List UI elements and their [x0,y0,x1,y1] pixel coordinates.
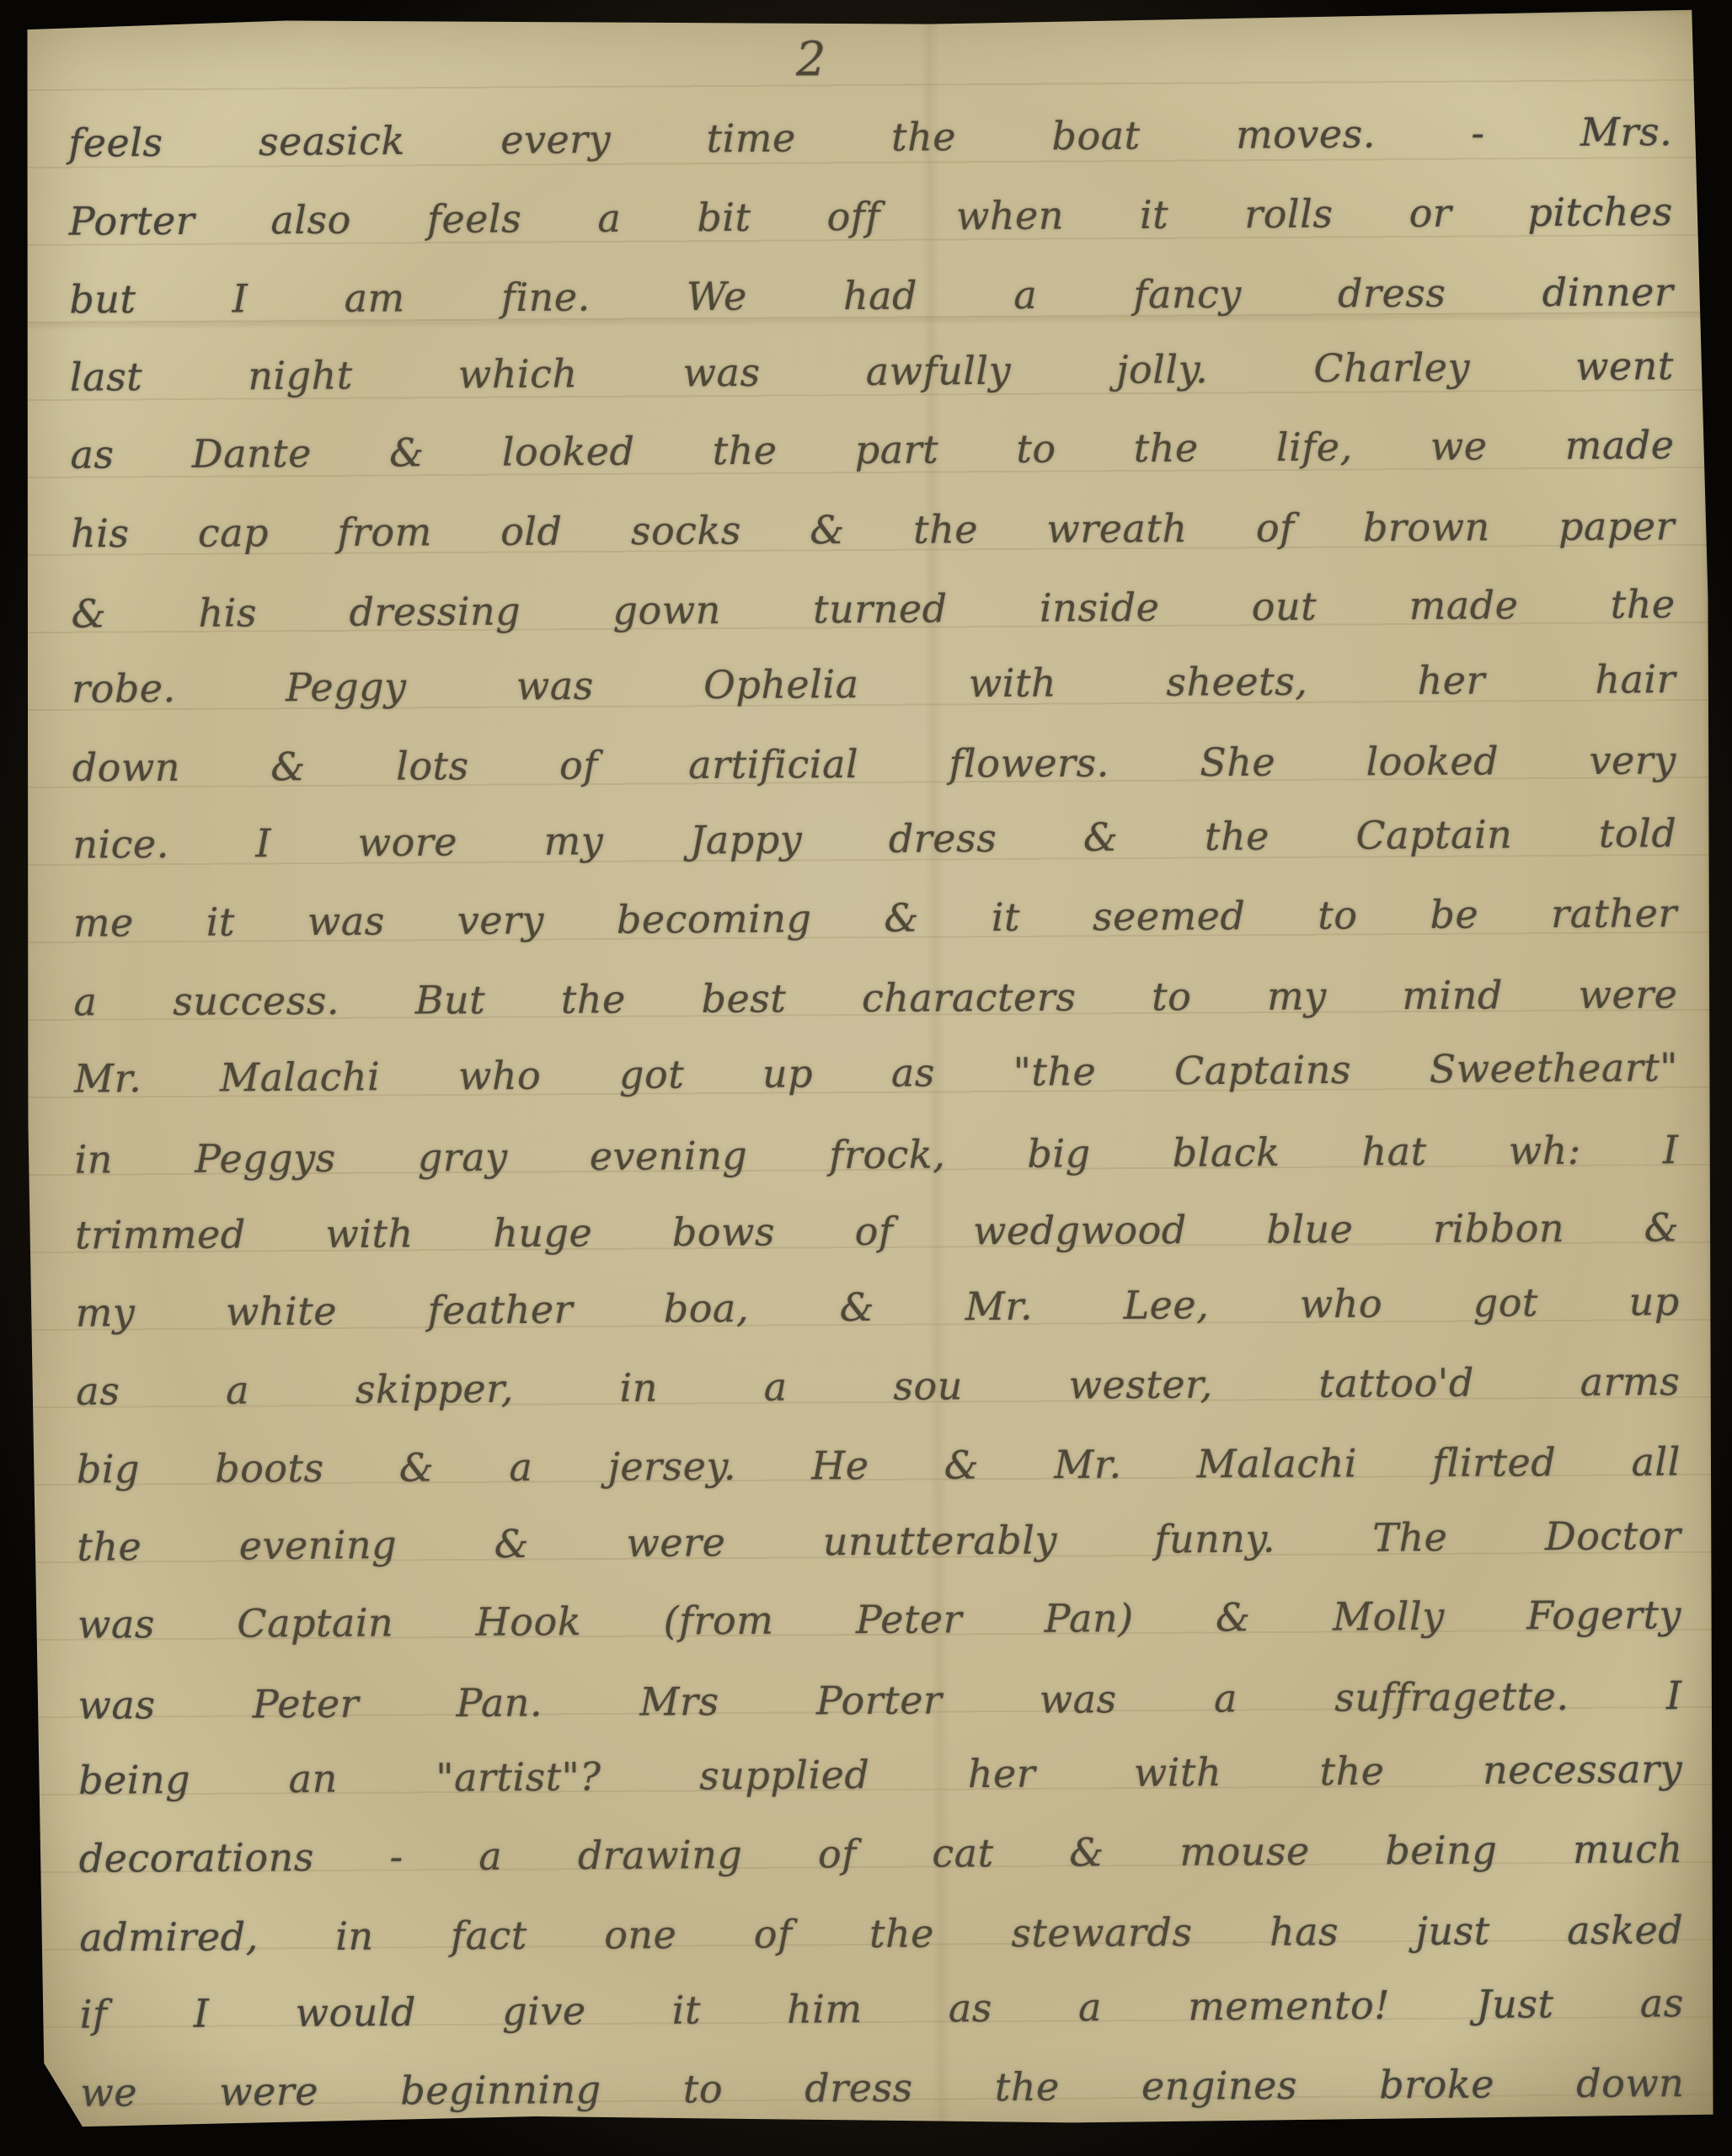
letter-line: nice. I wore my Jappy dress & the Captai… [72,794,1677,883]
letter-line: if I would give it him as a memento! Jus… [79,1964,1684,2053]
letter-line: in Peggys gray evening frock, big black … [74,1111,1679,1198]
letter-line: feels seasick every time the boat moves.… [68,93,1673,182]
letter-line: as Dante & looked the part to the life, … [70,407,1675,494]
letter-line: trimmed with huge bows of wedgwood blue … [75,1189,1679,1275]
letter-line: me it was very becoming & it seemed to b… [73,874,1678,962]
letter-line: & his dressing gown turned inside out ma… [71,565,1676,653]
letter-line: Mr. Malachi who got up as "the Captains … [74,1028,1679,1118]
letter-line: big boots & a jersey. He & Mr. Malachi f… [77,1423,1681,1509]
letter-line: decorations - a drawing of cat & mouse b… [78,1810,1683,1897]
letter-line: as a skipper, in a sou wester, tattoo'd … [76,1342,1681,1430]
page-number: 2 [15,28,1606,93]
letter-line: Porter also feels a bit off when it roll… [69,173,1674,260]
letter-line: down & lots of artificial flowers. She l… [72,721,1676,807]
letter-line: last night which was awfully jolly. Char… [70,327,1675,416]
letter-line: admired, in fact one of the stewards has… [79,1891,1683,1977]
letter-line: but I am fine. We had a fancy dress dinn… [69,253,1673,339]
letter-line: a success. But the best characters to my… [73,955,1677,1041]
letter-line: my white feather boa, & Mr. Lee, who got… [75,1262,1680,1352]
letter-line: robe. Peggy was Ophelia with sheets, her… [72,640,1676,728]
letter-line: was Captain Hook (from Peter Pan) & Moll… [78,1576,1682,1663]
letter-page: 2 feels seasick every time the boat move… [15,7,1719,2137]
letter-line: we were beginning to dress the engines b… [80,2044,1685,2132]
scan-background: 2 feels seasick every time the boat move… [0,0,1732,2156]
letter-line: the evening & were unutterably funny. Th… [77,1497,1681,1586]
letter-line: his cap from old socks & the wreath of b… [71,487,1675,573]
letter-line: being an "artist"? supplied her with the… [78,1731,1683,1820]
letter-body: feels seasick every time the boat moves.… [68,94,1685,2121]
